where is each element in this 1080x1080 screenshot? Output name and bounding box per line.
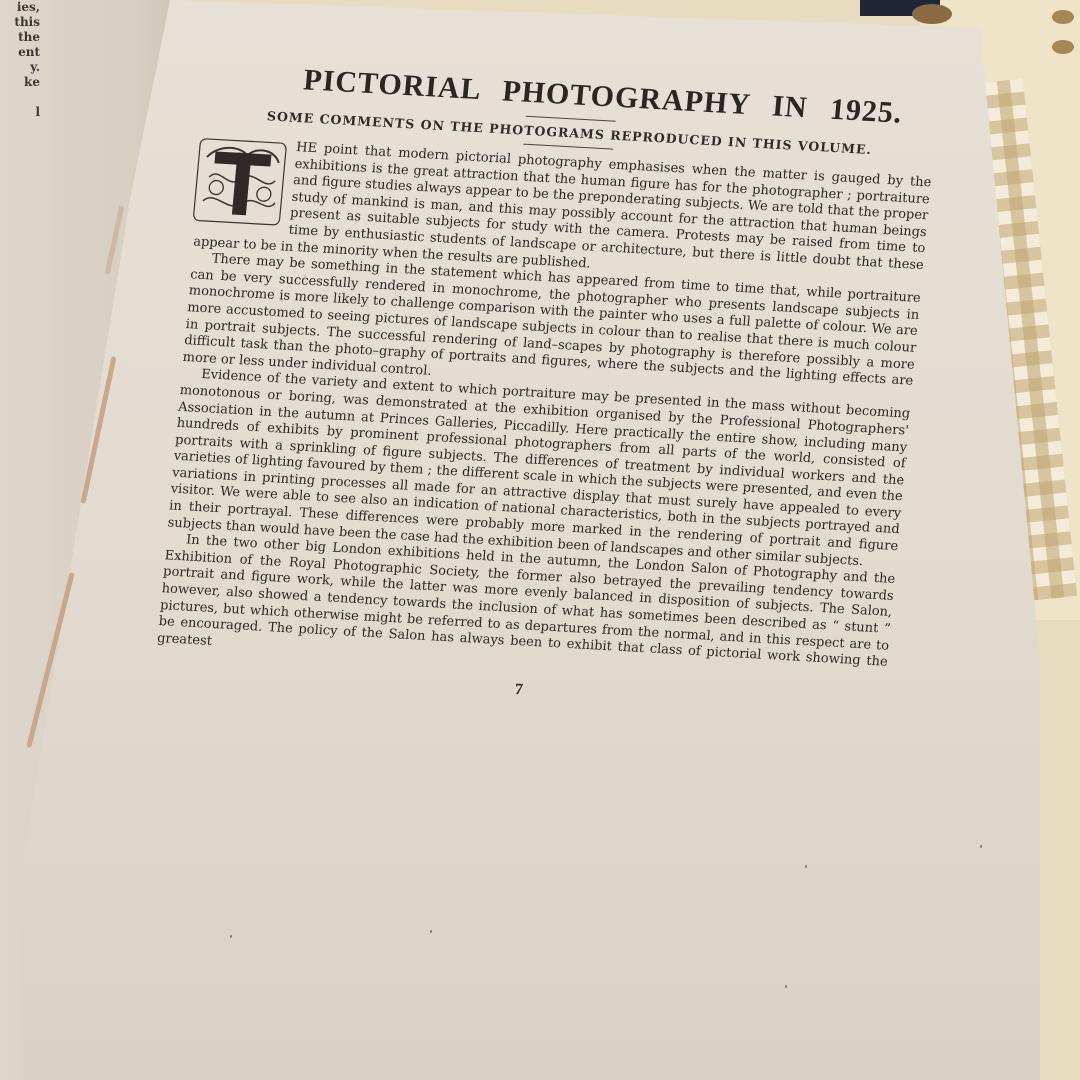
- ornate-initial-t-icon: [191, 136, 289, 227]
- title-rule: [526, 116, 616, 122]
- brown-object: [912, 4, 952, 24]
- left-line: [0, 90, 40, 105]
- flower-pattern-icon: [1052, 40, 1074, 54]
- paper-speck: [805, 865, 807, 868]
- article-body: HE point that modern pictorial photograp…: [156, 135, 932, 688]
- photo-scene: ies, this the ent y. ke l PICTORIAL PHOT…: [0, 0, 1080, 1080]
- left-line: ent: [0, 45, 40, 60]
- left-line: l: [0, 105, 40, 120]
- paper-speck: [785, 985, 787, 988]
- left-line: this: [0, 15, 40, 30]
- paper-speck: [230, 935, 232, 938]
- article: PICTORIAL PHOTOGRAPHY IN 1925. SOME COMM…: [153, 58, 938, 720]
- paper-speck: [430, 930, 432, 933]
- subtitle-rule: [523, 144, 613, 150]
- left-line: the: [0, 30, 40, 45]
- left-line: y.: [0, 60, 40, 75]
- left-page-text-fragment: ies, this the ent y. ke l: [0, 0, 44, 120]
- left-line: ies,: [0, 0, 40, 15]
- paper-speck: [980, 845, 982, 848]
- flower-pattern-icon: [1052, 10, 1074, 24]
- left-line: ke: [0, 75, 40, 90]
